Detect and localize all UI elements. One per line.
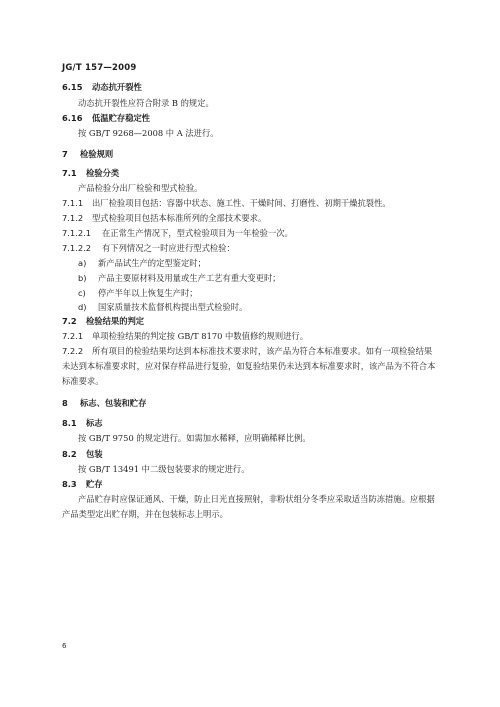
list-item-c: c)停产半年以上恢复生产时； xyxy=(78,288,198,299)
list-label: d) xyxy=(78,302,98,313)
clause-number: 7.1.1 xyxy=(62,198,92,209)
page-number: 6 xyxy=(62,642,66,650)
clause-number: 7.2.1 xyxy=(62,331,92,342)
section-number: 8.1 xyxy=(62,418,86,429)
clause-text: 单项检验结果的判定按 GB/T 8170 中数值修约规则进行。 xyxy=(92,331,308,341)
clause-7-1-1: 7.1.1出厂检验项目包括：容器中状态、施工性、干燥时间、打磨性、初期干燥抗裂性… xyxy=(62,198,391,209)
clause-text: 有下列情况之一时应进行型式检验： xyxy=(102,243,235,253)
clause-7-2-1: 7.2.1单项检验结果的判定按 GB/T 8170 中数值修约规则进行。 xyxy=(62,331,308,342)
list-label: b) xyxy=(78,273,98,284)
section-number: 6.16 xyxy=(62,113,92,124)
section-number: 8.2 xyxy=(62,449,86,460)
clause-7-2-2-line2: 未达到本标准要求时，应对保存样品进行复验，如复验结果仍未达到本标准要求时，该产品… xyxy=(62,361,435,372)
chapter-number: 8 xyxy=(62,398,80,409)
chapter-number: 7 xyxy=(62,149,80,160)
section-6-15-heading: 6.15动态抗开裂性 xyxy=(62,82,142,93)
section-8-2-heading: 8.2包装 xyxy=(62,449,103,460)
chapter-title: 标志、包装和贮存 xyxy=(80,398,146,408)
clause-7-1-2: 7.1.2型式检验项目包括本标准所列的全部技术要求。 xyxy=(62,213,266,224)
section-title: 检验分类 xyxy=(86,168,119,178)
section-6-16-heading: 6.16低温贮存稳定性 xyxy=(62,113,150,124)
list-item-b: b)产品主要原材料及用量或生产工艺有重大变更时； xyxy=(78,273,281,284)
section-7-2-heading: 7.2检验结果的判定 xyxy=(62,316,144,327)
clause-7-1-2-2: 7.1.2.2有下列情况之一时应进行型式检验： xyxy=(62,243,235,254)
list-text: 新产品试生产的定型鉴定时； xyxy=(98,258,206,268)
list-text: 产品主要原材料及用量或生产工艺有重大变更时； xyxy=(98,273,281,283)
list-text: 停产半年以上恢复生产时； xyxy=(98,288,198,298)
chapter-title: 检验规则 xyxy=(80,149,113,159)
clause-text: 出厂检验项目包括：容器中状态、施工性、干燥时间、打磨性、初期干燥抗裂性。 xyxy=(92,198,391,208)
list-label: c) xyxy=(78,288,98,299)
section-6-16-body: 按 GB/T 9268—2008 中 A 法进行。 xyxy=(78,128,219,139)
list-text: 国家质量技术监督机构提出型式检验时。 xyxy=(98,302,247,312)
section-title: 贮存 xyxy=(86,479,103,489)
clause-number: 7.1.2.2 xyxy=(62,243,102,254)
clause-number: 7.1.2 xyxy=(62,213,92,224)
section-6-15-body: 动态抗开裂性应符合附录 B 的规定。 xyxy=(78,98,214,109)
document-id-header: JG/T 157—2009 xyxy=(62,63,137,73)
clause-7-2-2: 7.2.2所有项目的检验结果均达到本标准技术要求时，该产品为符合本标准要求。如有… xyxy=(62,346,432,357)
section-8-2-body: 按 GB/T 13491 中二级包装要求的规定进行。 xyxy=(78,464,250,475)
section-8-3-heading: 8.3贮存 xyxy=(62,479,103,490)
list-item-d: d)国家质量技术监督机构提出型式检验时。 xyxy=(78,302,247,313)
section-7-1-heading: 7.1检验分类 xyxy=(62,168,119,179)
section-number: 7.1 xyxy=(62,168,86,179)
clause-number: 7.2.2 xyxy=(62,346,92,357)
clause-text: 型式检验项目包括本标准所列的全部技术要求。 xyxy=(92,213,266,223)
section-8-1-body: 按 GB/T 9750 的规定进行。如需加水稀释，应明确稀释比例。 xyxy=(78,433,311,444)
section-title: 低温贮存稳定性 xyxy=(92,113,150,123)
section-number: 6.15 xyxy=(62,82,92,93)
clause-text: 在正常生产情况下，型式检验项目为一年检验一次。 xyxy=(102,228,293,238)
list-item-a: a)新产品试生产的定型鉴定时； xyxy=(78,258,206,269)
clause-7-2-2-line3: 标准要求。 xyxy=(62,376,104,387)
section-7-1-body: 产品检验分出厂检验和型式检验。 xyxy=(78,183,202,194)
section-8-3-body-line2: 产品类型定出贮存期，并在包装标志上明示。 xyxy=(62,509,228,520)
clause-text-line1: 所有项目的检验结果均达到本标准技术要求时，该产品为符合本标准要求。如有一项检验结… xyxy=(92,346,432,356)
section-title: 包装 xyxy=(86,449,103,459)
section-8-3-body-line1: 产品贮存时应保证通风、干燥，防止日光直接照射，非粉状组分冬季应采取适当防冻措施。… xyxy=(78,494,435,505)
list-label: a) xyxy=(78,258,98,269)
section-title: 检验结果的判定 xyxy=(86,316,144,326)
clause-7-1-2-1: 7.1.2.1在正常生产情况下，型式检验项目为一年检验一次。 xyxy=(62,228,293,239)
section-8-1-heading: 8.1标志 xyxy=(62,418,103,429)
section-title: 动态抗开裂性 xyxy=(92,82,142,92)
clause-number: 7.1.2.1 xyxy=(62,228,102,239)
section-number: 8.3 xyxy=(62,479,86,490)
chapter-8-heading: 8标志、包装和贮存 xyxy=(62,398,146,409)
chapter-7-heading: 7检验规则 xyxy=(62,149,113,160)
section-number: 7.2 xyxy=(62,316,86,327)
section-title: 标志 xyxy=(86,418,103,428)
